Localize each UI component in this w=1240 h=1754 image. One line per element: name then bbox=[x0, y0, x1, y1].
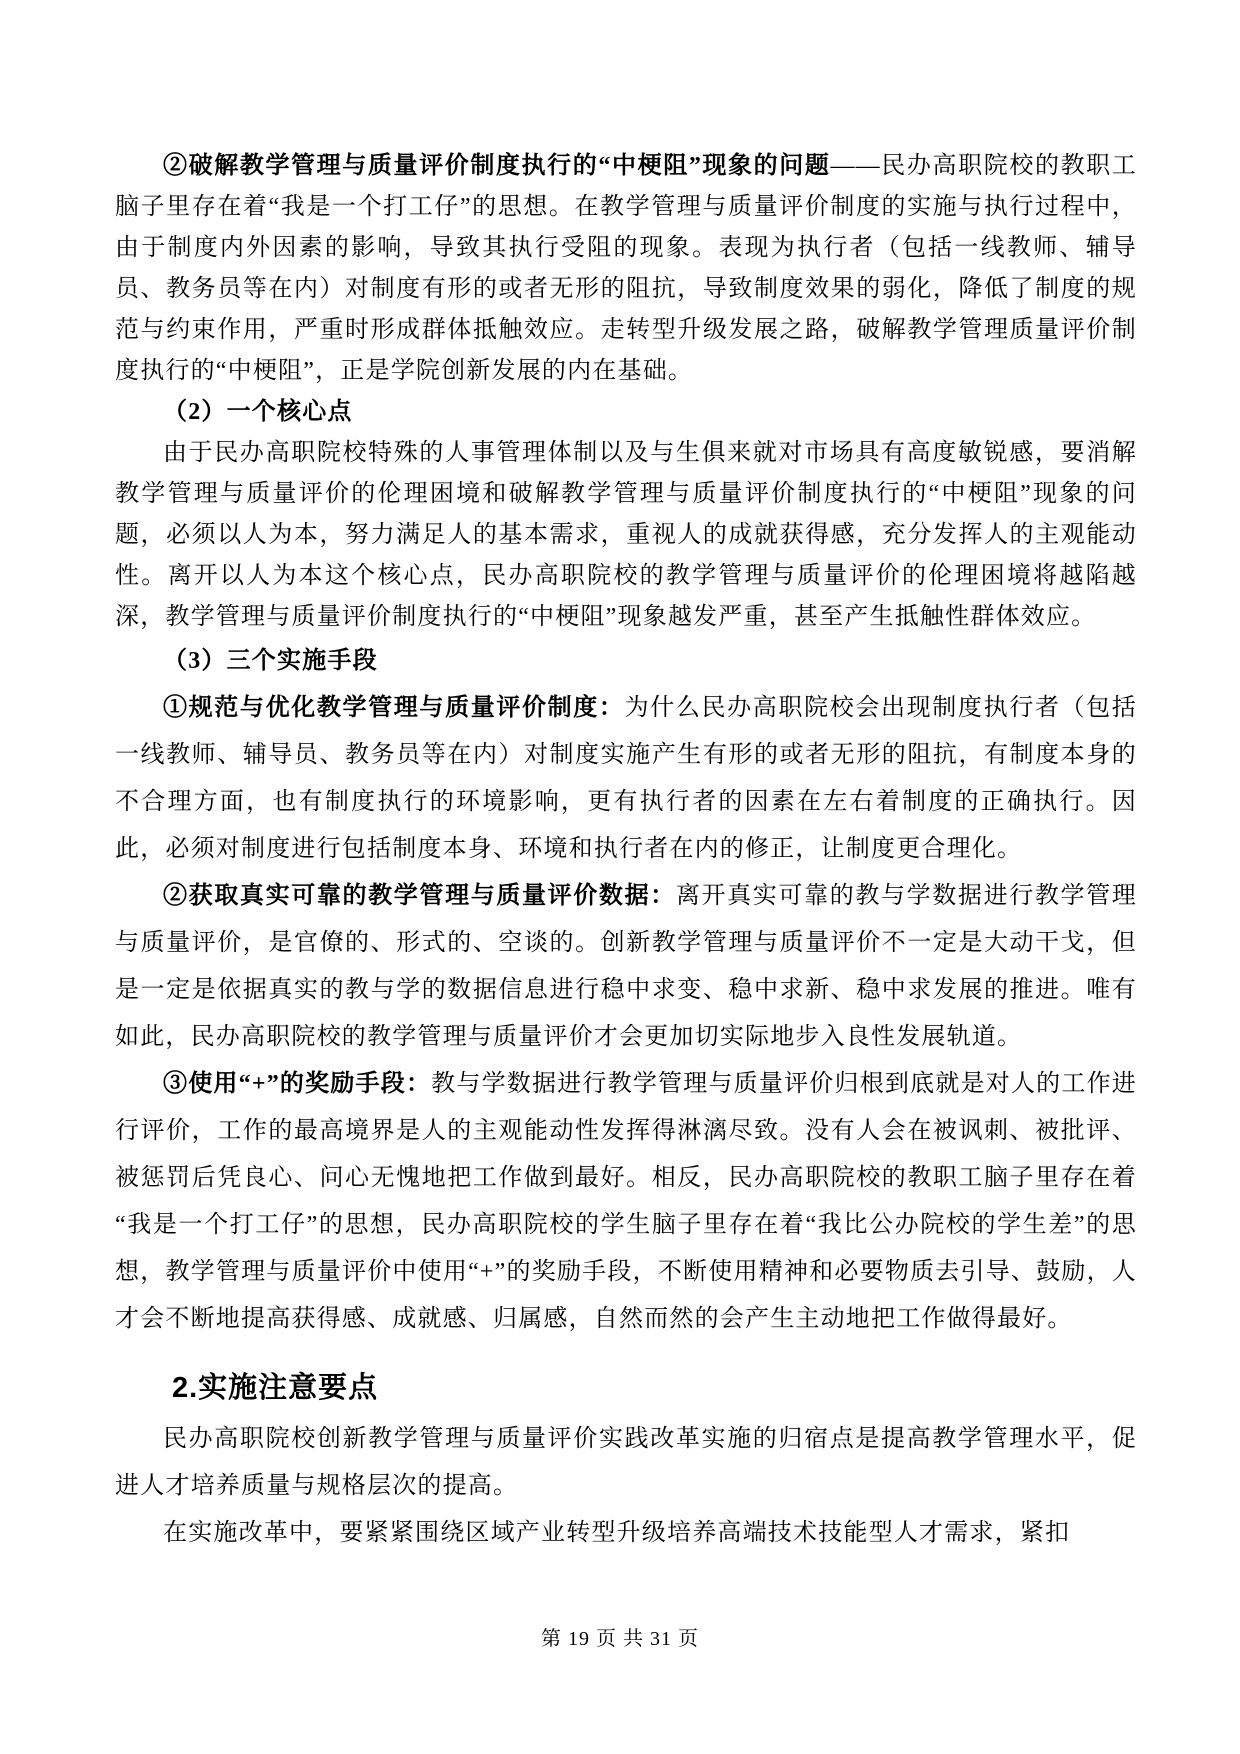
paragraph: ②破解教学管理与质量评价制度执行的“中梗阻”现象的问题——民办高职院校的教职工脑… bbox=[115, 146, 1137, 392]
paragraph: ③使用“+”的奖励手段：教与学数据进行教学管理与质量评价归根到底就是对人的工作进… bbox=[115, 1061, 1137, 1343]
subheading: （2）一个核心点 bbox=[115, 392, 1137, 433]
paragraph-lead-bold: ②获取真实可靠的教学管理与质量评价数据： bbox=[163, 883, 676, 909]
document-page: ②破解教学管理与质量评价制度执行的“中梗阻”现象的问题——民办高职院校的教职工脑… bbox=[0, 0, 1240, 1754]
paragraph-text: 由于民办高职院校特殊的人事管理体制以及与生俱来就对市场具有高度敏锐感，要消解教学… bbox=[115, 440, 1137, 630]
page-footer: 第 19 页 共 31 页 bbox=[0, 1622, 1240, 1651]
paragraph: 由于民办高职院校特殊的人事管理体制以及与生俱来就对市场具有高度敏锐感，要消解教学… bbox=[115, 433, 1137, 638]
paragraph-text: ——民办高职院校的教职工脑子里存在着“我是一个打工仔”的思想。在教学管理与质量评… bbox=[115, 153, 1137, 384]
subheading: （3）三个实施手段 bbox=[115, 638, 1137, 685]
paragraph: ②获取真实可靠的教学管理与质量评价数据：离开真实可靠的教与学数据进行教学管理与质… bbox=[115, 873, 1137, 1061]
paragraph: ①规范与优化教学管理与质量评价制度：为什么民办高职院校会出现制度执行者（包括一线… bbox=[115, 685, 1137, 873]
paragraph-text: 教与学数据进行教学管理与质量评价归根到底就是对人的工作进行评价，工作的最高境界是… bbox=[115, 1071, 1137, 1332]
paragraph-text: 民办高职院校创新教学管理与质量评价实践改革实施的归宿点是提高教学管理水平，促进人… bbox=[115, 1426, 1137, 1499]
paragraph: 民办高职院校创新教学管理与质量评价实践改革实施的归宿点是提高教学管理水平，促进人… bbox=[115, 1416, 1137, 1510]
paragraph-lead-bold: ②破解教学管理与质量评价制度执行的“中梗阻”现象的问题 bbox=[163, 153, 830, 179]
paragraph: 在实施改革中，要紧紧围绕区域产业转型升级培养高端技术技能型人才需求，紧扣 bbox=[115, 1510, 1137, 1557]
subheading-text: （2）一个核心点 bbox=[163, 399, 353, 425]
subheading-text: （3）三个实施手段 bbox=[163, 648, 378, 674]
paragraph-text: 在实施改革中，要紧紧围绕区域产业转型升级培养高端技术技能型人才需求，紧扣 bbox=[163, 1520, 1070, 1546]
page-number-text: 第 19 页 共 31 页 bbox=[541, 1628, 699, 1650]
document-body: ②破解教学管理与质量评价制度执行的“中梗阻”现象的问题——民办高职院校的教职工脑… bbox=[115, 146, 1137, 1557]
heading-text: 2.实施注意要点 bbox=[172, 1372, 378, 1404]
paragraph-lead-bold: ①规范与优化教学管理与质量评价制度： bbox=[163, 695, 625, 721]
heading: 2.实施注意要点 bbox=[115, 1364, 1137, 1412]
paragraph-lead-bold: ③使用“+”的奖励手段： bbox=[163, 1071, 431, 1097]
